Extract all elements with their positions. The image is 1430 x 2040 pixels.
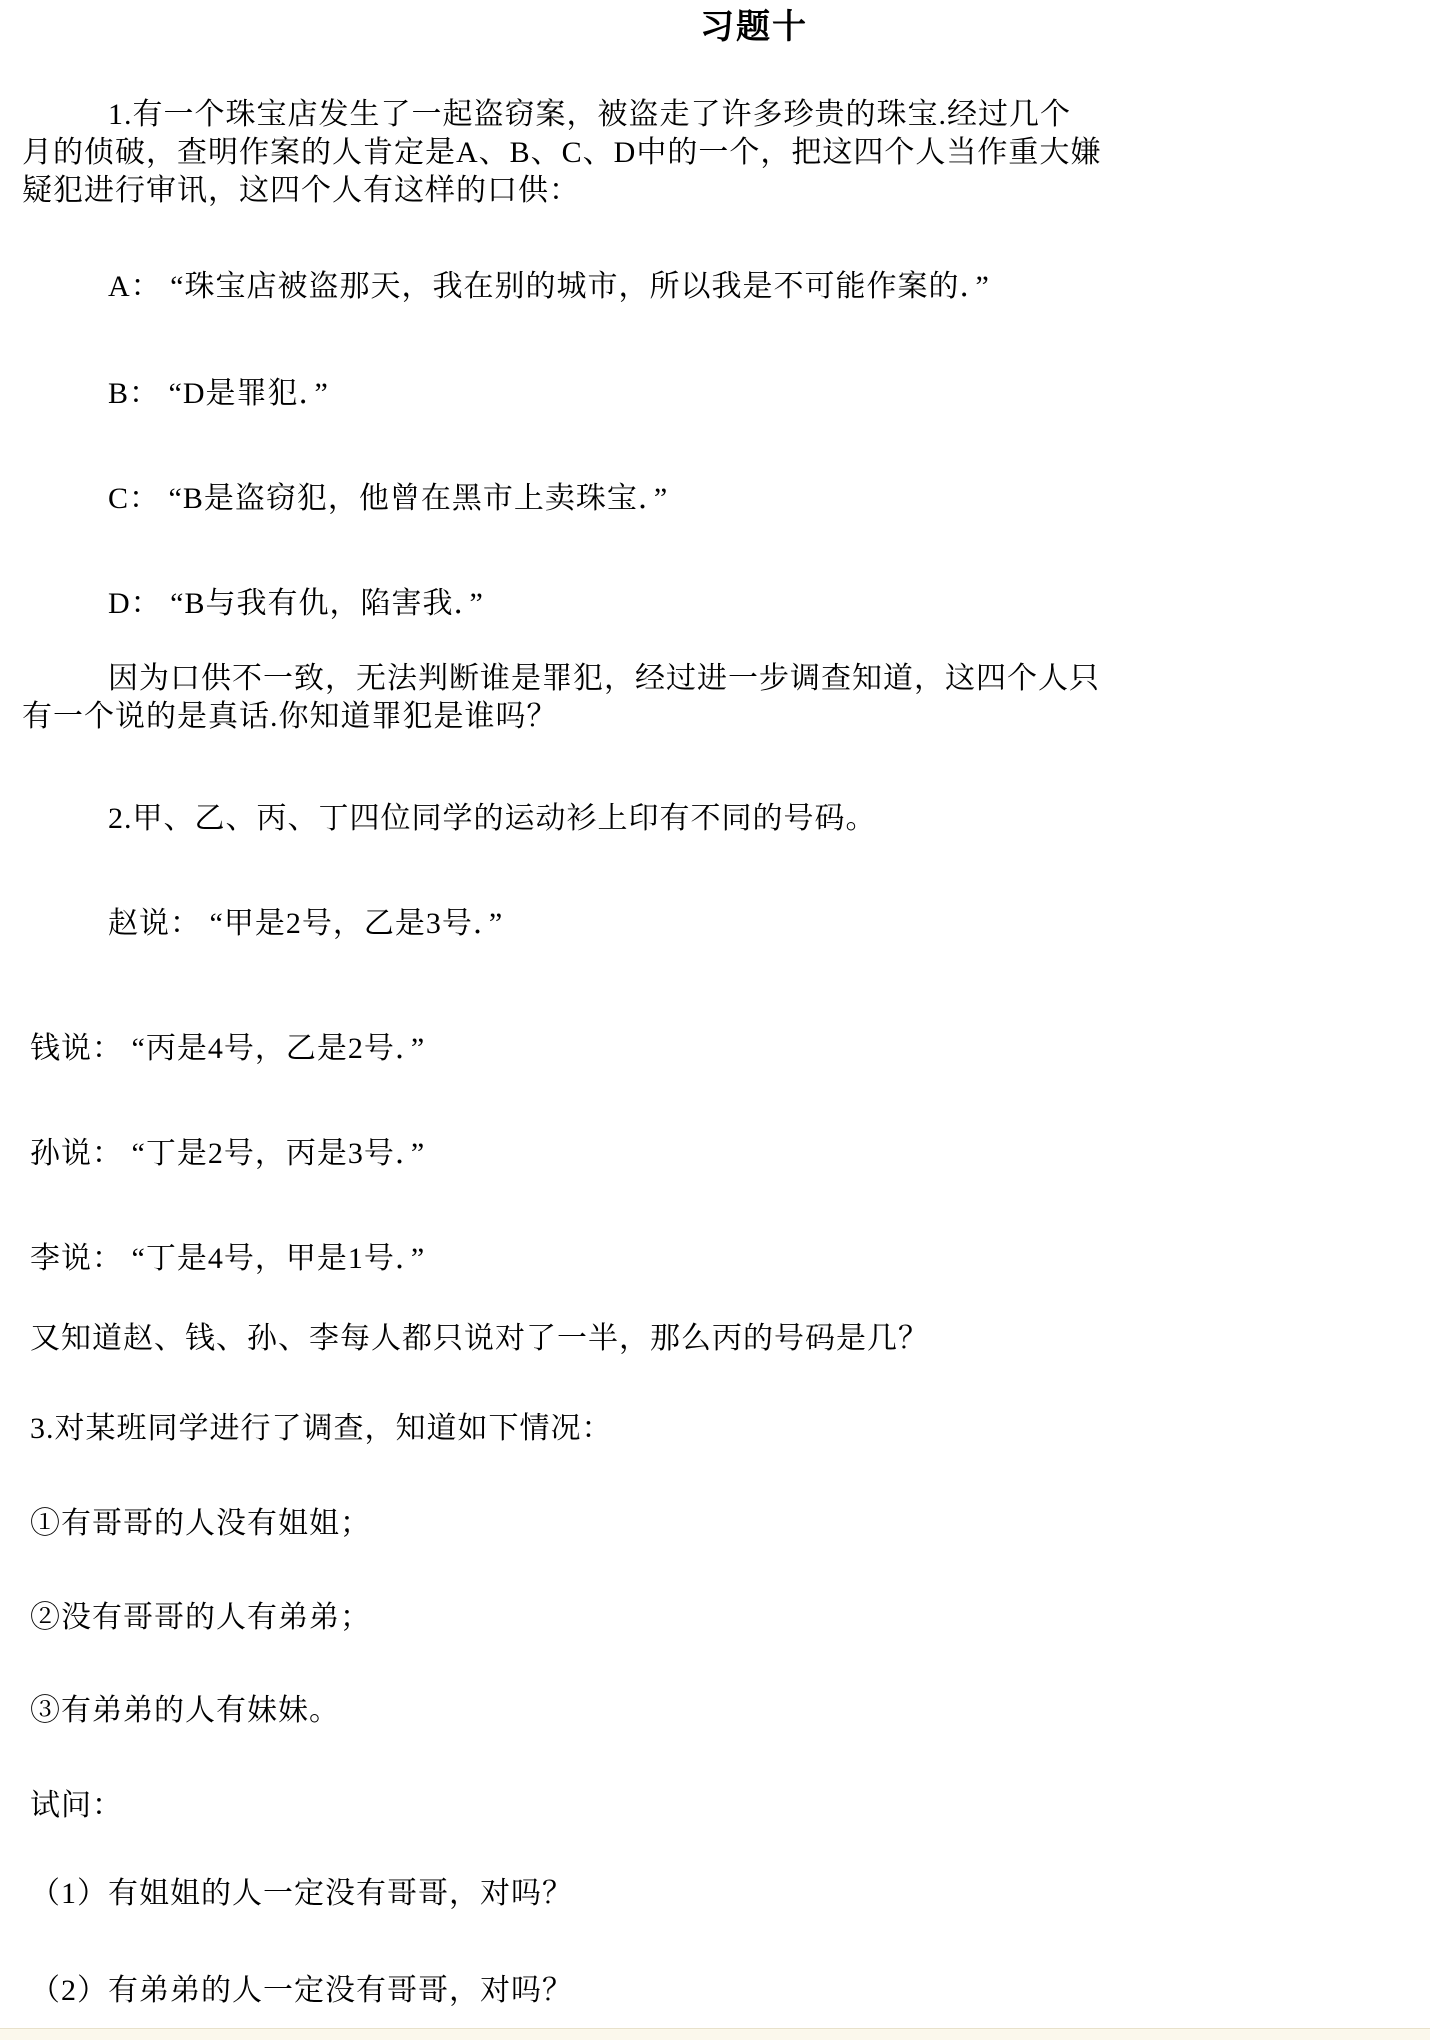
problem-3-ask-label: 试问： — [30, 1787, 1430, 1825]
zhao-statement: 赵说： “甲是2号，乙是3号．” — [108, 905, 1430, 943]
qian-statement: 钱说： “丙是4号，乙是2号．” — [30, 1030, 1430, 1068]
problem-1-conclusion-line-2: 有一个说的是真话.你知道罪犯是谁吗？ — [22, 698, 1430, 736]
problem-3-condition-1: ①有哥哥的人没有姐姐； — [30, 1505, 1430, 1543]
statement-d: D： “B与我有仇，陷害我．” — [108, 585, 1430, 623]
statement-c: C： “B是盗窃犯，他曾在黑市上卖珠宝．” — [108, 480, 1430, 518]
sun-statement: 孙说： “丁是2号，丙是3号．” — [30, 1135, 1430, 1173]
problem-3-question-1: （1）有姐姐的人一定没有哥哥，对吗？ — [30, 1875, 1430, 1913]
problem-1-intro: 1.有一个珠宝店发生了一起盗窃案，被盗走了许多珍贵的珠宝.经过几个 月的侦破，查… — [0, 96, 1430, 210]
problem-3-intro: 3.对某班同学进行了调查，知道如下情况： — [30, 1410, 1430, 1448]
problem-3-condition-2: ②没有哥哥的人有弟弟； — [30, 1599, 1430, 1637]
statement-b: B： “D是罪犯．” — [108, 375, 1430, 413]
problem-1-conclusion: 因为口供不一致，无法判断谁是罪犯，经过进一步调查知道，这四个人只 有一个说的是真… — [0, 660, 1430, 736]
problem-1-intro-line-2: 月的侦破，查明作案的人肯定是A、B、C、D中的一个，把这四个人当作重大嫌 — [22, 134, 1430, 172]
statement-a: A： “珠宝店被盗那天，我在别的城市，所以我是不可能作案的．” — [108, 268, 1430, 306]
problem-1-conclusion-line-1: 因为口供不一致，无法判断谁是罪犯，经过进一步调查知道，这四个人只 — [108, 660, 1430, 698]
problem-3-question-2: （2）有弟弟的人一定没有哥哥，对吗？ — [30, 1972, 1430, 2010]
page-bottom-bar — [0, 2028, 1430, 2040]
problem-1-intro-line-1: 1.有一个珠宝店发生了一起盗窃案，被盗走了许多珍贵的珠宝.经过几个 — [108, 96, 1430, 134]
exercise-document: 习题十 1.有一个珠宝店发生了一起盗窃案，被盗走了许多珍贵的珠宝.经过几个 月的… — [0, 0, 1430, 2040]
li-statement: 李说： “丁是4号，甲是1号．” — [30, 1240, 1430, 1278]
problem-3-condition-3: ③有弟弟的人有妹妹。 — [30, 1692, 1430, 1730]
problem-2-question: 又知道赵、钱、孙、李每人都只说对了一半，那么丙的号码是几？ — [30, 1320, 1430, 1358]
page-title: 习题十 — [700, 8, 1430, 48]
problem-2-intro: 2.甲、乙、丙、丁四位同学的运动衫上印有不同的号码。 — [108, 800, 1430, 838]
problem-1-intro-line-3: 疑犯进行审讯，这四个人有这样的口供： — [22, 172, 1430, 210]
